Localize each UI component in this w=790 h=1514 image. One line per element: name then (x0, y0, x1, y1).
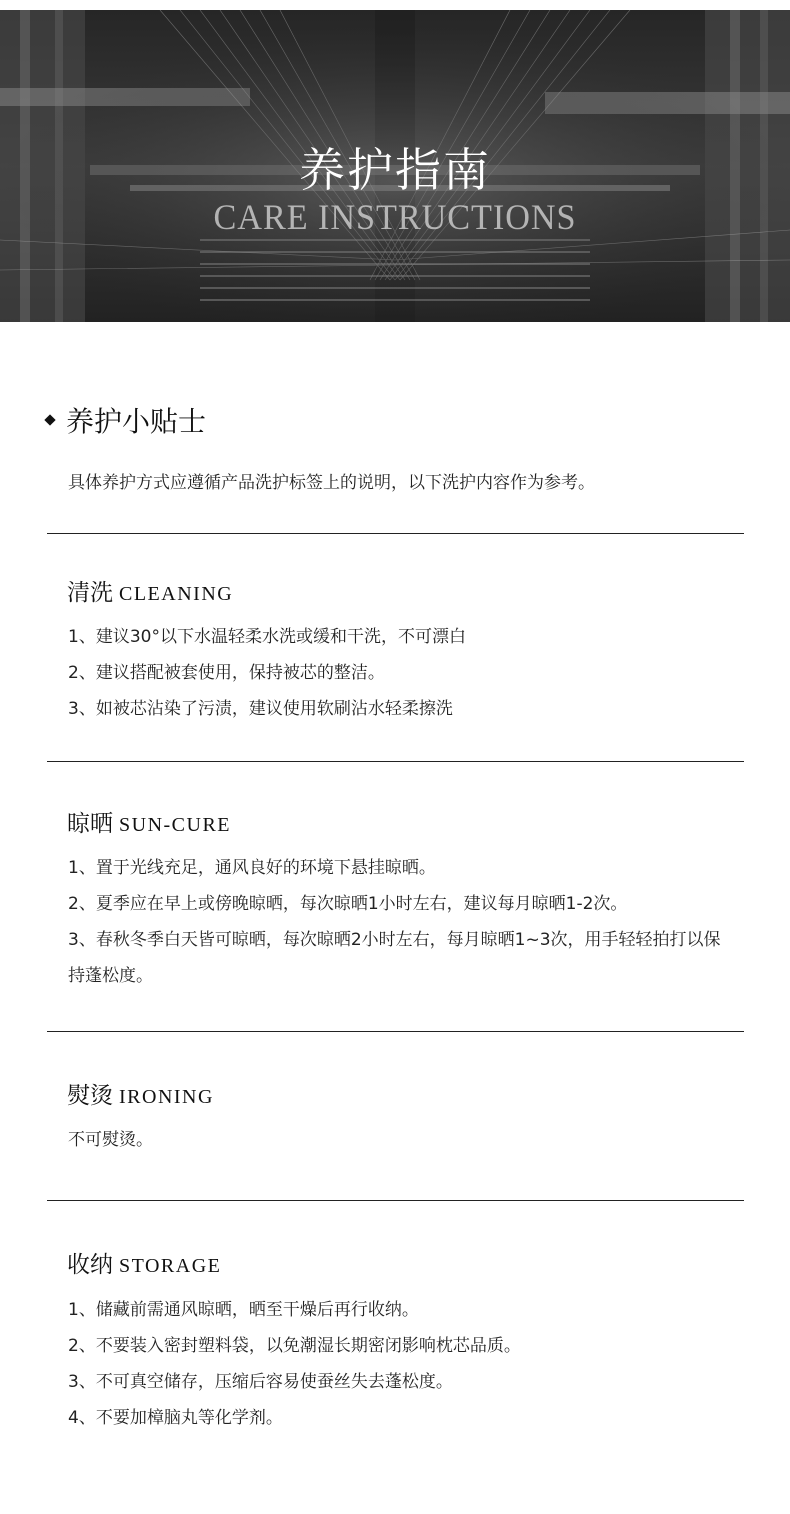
section-title-cn: 清洗 (67, 574, 113, 607)
hero-banner: 养护指南 CARE INSTRUCTIONS (0, 10, 790, 322)
list-item: 不可熨烫。 (68, 1122, 738, 1158)
list-item: 3、不可真空储存，压缩后容易使蚕丝失去蓬松度。 (68, 1364, 738, 1400)
ironing-list: 不可熨烫。 (68, 1122, 738, 1158)
section-title-storage: 收纳 STORAGE (67, 1246, 221, 1279)
sun-cure-list: 1、置于光线充足，通风良好的环境下悬挂晾晒。 2、夏季应在早上或傍晚晾晒，每次晾… (68, 850, 730, 994)
tips-heading: 养护小贴士 (46, 400, 206, 440)
section-title-ironing: 熨烫 IRONING (67, 1077, 214, 1110)
section-divider (47, 1031, 744, 1032)
list-item: 3、春秋冬季白天皆可晾晒，每次晾晒2小时左右，每月晾晒1~3次，用手轻轻拍打以保… (68, 922, 730, 994)
section-title-en: IRONING (119, 1086, 214, 1109)
section-divider (47, 533, 744, 534)
hero-subtitle: CARE INSTRUCTIONS (20, 196, 771, 238)
list-item: 2、夏季应在早上或傍晚晾晒，每次晾晒1小时左右，建议每月晾晒1-2次。 (68, 886, 730, 922)
list-item: 4、不要加樟脑丸等化学剂。 (68, 1400, 738, 1436)
section-title-en: CLEANING (119, 583, 233, 606)
list-item: 2、建议搭配被套使用，保持被芯的整洁。 (68, 655, 738, 691)
section-title-cleaning: 清洗 CLEANING (67, 574, 233, 607)
section-title-cn: 熨烫 (67, 1077, 113, 1110)
section-divider (47, 761, 744, 762)
list-item: 1、储藏前需通风晾晒，晒至干燥后再行收纳。 (68, 1292, 738, 1328)
section-divider (47, 1200, 744, 1201)
section-title-en: STORAGE (119, 1255, 221, 1278)
list-item: 1、建议30°以下水温轻柔水洗或缓和干洗，不可漂白 (68, 619, 738, 655)
list-item: 2、不要装入密封塑料袋，以免潮湿长期密闭影响枕芯品质。 (68, 1328, 738, 1364)
section-title-cn: 晾晒 (67, 805, 113, 838)
cleaning-list: 1、建议30°以下水温轻柔水洗或缓和干洗，不可漂白 2、建议搭配被套使用，保持被… (68, 619, 738, 727)
tips-description: 具体养护方式应遵循产品洗护标签上的说明，以下洗护内容作为参考。 (68, 468, 595, 493)
section-title-sun-cure: 晾晒 SUN-CURE (67, 805, 231, 838)
tips-title: 养护小贴士 (66, 400, 206, 440)
list-item: 3、如被芯沾染了污渍，建议使用软刷沾水轻柔擦洗 (68, 691, 738, 727)
storage-list: 1、储藏前需通风晾晒，晒至干燥后再行收纳。 2、不要装入密封塑料袋，以免潮湿长期… (68, 1292, 738, 1436)
section-title-cn: 收纳 (67, 1246, 113, 1279)
diamond-bullet-icon (44, 414, 55, 425)
hero-title: 养护指南 (0, 134, 790, 200)
list-item: 1、置于光线充足，通风良好的环境下悬挂晾晒。 (68, 850, 730, 886)
section-title-en: SUN-CURE (119, 814, 231, 837)
